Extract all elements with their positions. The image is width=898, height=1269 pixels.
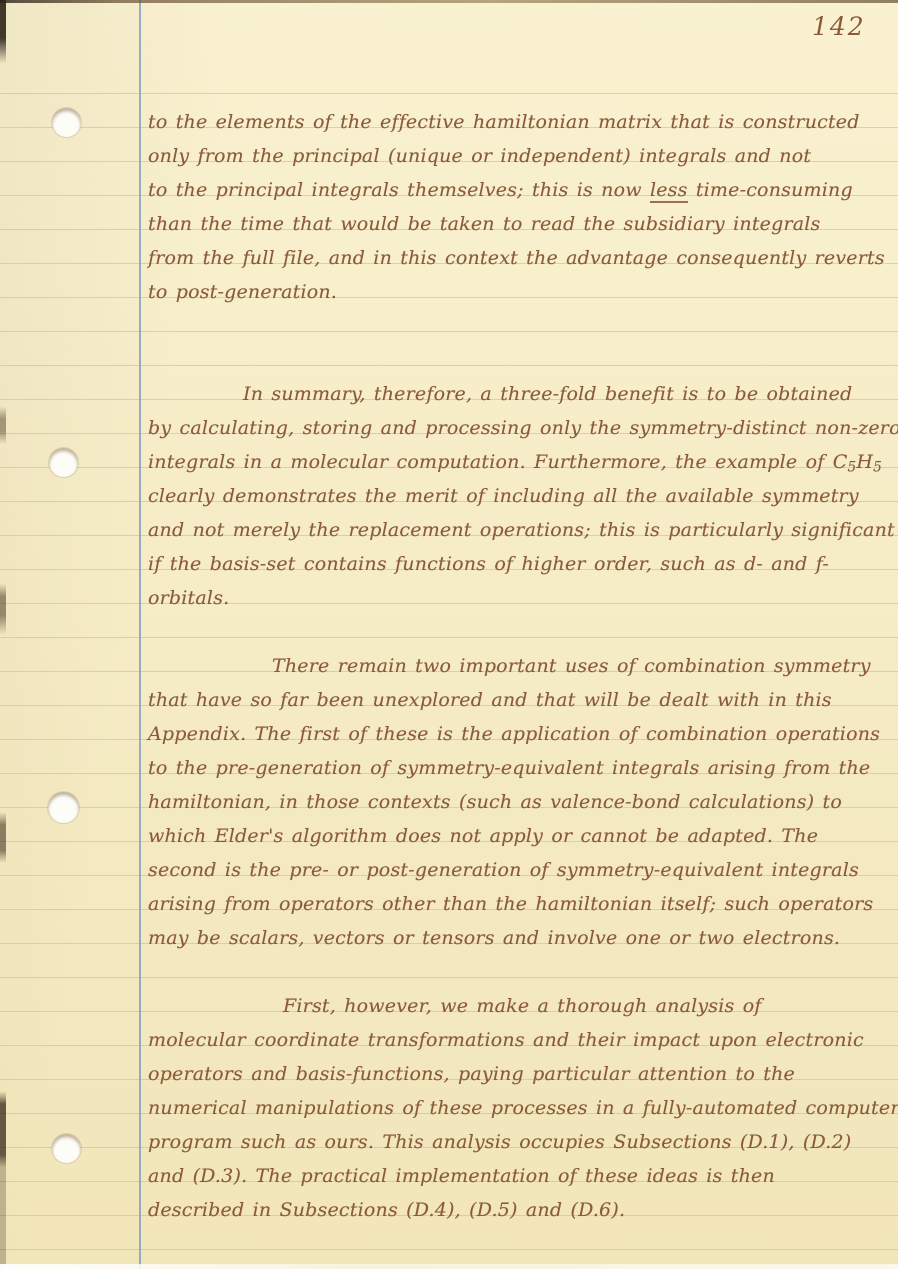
- handwritten-line: arising from operators other than the ha…: [148, 887, 896, 921]
- handwritten-line: and (D.3). The practical implementation …: [148, 1159, 896, 1193]
- text-segment: than the time that would be taken to rea…: [148, 213, 821, 235]
- handwritten-line: described in Subsections (D.4), (D.5) an…: [148, 1193, 896, 1227]
- handwritten-line: to the pre-generation of symmetry-equiva…: [148, 751, 896, 785]
- text-segment: second is the pre- or post-generation of…: [148, 859, 859, 881]
- text-segment: if the basis-set contains functions of h…: [148, 553, 829, 575]
- text-segment: operators and basis-functions, paying pa…: [148, 1063, 795, 1085]
- handwritten-line: There remain two important uses of combi…: [148, 649, 896, 683]
- text-segment: integrals in a molecular computation. Fu…: [148, 451, 847, 473]
- paragraph: In summary, therefore, a three-fold bene…: [148, 377, 896, 615]
- handwritten-line: numerical manipulations of these process…: [148, 1091, 896, 1125]
- text-segment: program such as ours. This analysis occu…: [148, 1131, 851, 1153]
- text-segment: orbitals.: [148, 587, 229, 609]
- text-segment: which Elder's algorithm does not apply o…: [148, 825, 818, 847]
- handwritten-line: operators and basis-functions, paying pa…: [148, 1057, 896, 1091]
- handwritten-line: clearly demonstrates the merit of includ…: [148, 479, 896, 513]
- text-segment: to the pre-generation of symmetry-equiva…: [148, 757, 870, 779]
- handwritten-line: may be scalars, vectors or tensors and i…: [148, 921, 896, 955]
- handwriting-block: to the elements of the effective hamilto…: [0, 0, 898, 1269]
- handwritten-line: to post-generation.: [148, 275, 896, 309]
- text-segment: from the full file, and in this context …: [148, 247, 885, 269]
- text-segment: only from the principal (unique or indep…: [148, 145, 811, 167]
- text-segment: and (D.3). The practical implementation …: [148, 1165, 775, 1187]
- text-segment: may be scalars, vectors or tensors and i…: [148, 927, 840, 949]
- underlined-word: less: [650, 179, 688, 203]
- handwritten-line: if the basis-set contains functions of h…: [148, 547, 896, 581]
- handwritten-line: and not merely the replacement operation…: [148, 513, 896, 547]
- handwritten-line: which Elder's algorithm does not apply o…: [148, 819, 896, 853]
- text-segment: numerical manipulations of these process…: [148, 1097, 898, 1119]
- text-segment: There remain two important uses of combi…: [272, 655, 871, 677]
- paragraph: There remain two important uses of combi…: [148, 649, 896, 955]
- handwritten-line: that have so far been unexplored and tha…: [148, 683, 896, 717]
- scan-edge-bottom: [0, 1264, 898, 1269]
- text-segment: and not merely the replacement operation…: [148, 519, 895, 541]
- text-segment: that have so far been unexplored and tha…: [148, 689, 832, 711]
- text-segment: to the principal integrals themselves; t…: [148, 179, 650, 201]
- text-segment: described in Subsections (D.4), (D.5) an…: [148, 1199, 625, 1221]
- handwritten-line: First, however, we make a thorough analy…: [148, 989, 896, 1023]
- text-segment: to the elements of the effective hamilto…: [148, 111, 860, 133]
- handwritten-line: In summary, therefore, a three-fold bene…: [148, 377, 896, 411]
- handwritten-line: only from the principal (unique or indep…: [148, 139, 896, 173]
- text-segment: arising from operators other than the ha…: [148, 893, 873, 915]
- handwritten-line: integrals in a molecular computation. Fu…: [148, 445, 896, 479]
- handwritten-line: from the full file, and in this context …: [148, 241, 896, 275]
- scan-edge-left: [0, 0, 6, 1269]
- text-segment: hamiltonian, in those contexts (such as …: [148, 791, 842, 813]
- text-segment: H: [856, 451, 873, 473]
- handwritten-line: Appendix. The first of these is the appl…: [148, 717, 896, 751]
- text-segment: In summary, therefore, a three-fold bene…: [243, 383, 852, 405]
- text-segment: clearly demonstrates the merit of includ…: [148, 485, 859, 507]
- text-segment: by calculating, storing and processing o…: [148, 417, 898, 439]
- handwritten-line: to the elements of the effective hamilto…: [148, 105, 896, 139]
- handwritten-line: orbitals.: [148, 581, 896, 615]
- handwritten-line: by calculating, storing and processing o…: [148, 411, 896, 445]
- text-segment: time-consuming: [688, 179, 853, 201]
- handwritten-line: than the time that would be taken to rea…: [148, 207, 896, 241]
- subscript: 5: [873, 459, 882, 475]
- handwritten-line: second is the pre- or post-generation of…: [148, 853, 896, 887]
- text-segment: First, however, we make a thorough analy…: [283, 995, 762, 1017]
- paragraph: First, however, we make a thorough analy…: [148, 989, 896, 1227]
- paragraph: to the elements of the effective hamilto…: [148, 105, 896, 309]
- text-segment: molecular coordinate transformations and…: [148, 1029, 864, 1051]
- scan-edge-top: [0, 0, 898, 3]
- handwritten-line: to the principal integrals themselves; t…: [148, 173, 896, 207]
- text-segment: to post-generation.: [148, 281, 337, 303]
- handwritten-line: molecular coordinate transformations and…: [148, 1023, 896, 1057]
- notebook-page: 142 to the elements of the effective ham…: [0, 0, 898, 1269]
- handwritten-line: hamiltonian, in those contexts (such as …: [148, 785, 896, 819]
- text-segment: Appendix. The first of these is the appl…: [148, 723, 880, 745]
- handwritten-line: program such as ours. This analysis occu…: [148, 1125, 896, 1159]
